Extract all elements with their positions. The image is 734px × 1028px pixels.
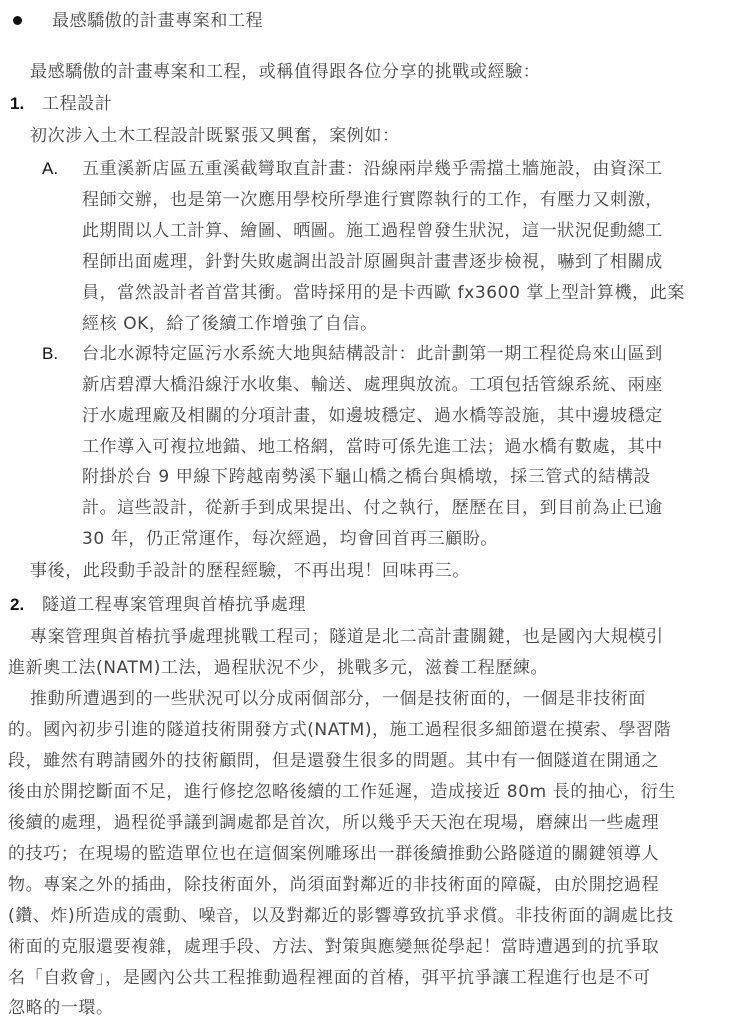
section-2-number: 2. (10, 594, 24, 616)
section-2-para1-line: 進新奧工法(NATM)工法，過程狀況不少，挑戰多元，滋養工程歷練。 (8, 657, 548, 679)
item-a-marker: A. (42, 158, 58, 180)
intro-text: 最感驕傲的計畫專案和工程，或稱值得跟各位分享的挑戰或經驗： (30, 61, 540, 83)
item-a-line: 五重溪新店區五重溪截彎取直計畫：沿線兩岸幾乎需擋土牆施設，由資深工 (82, 158, 663, 180)
section-1-title: 工程設計 (42, 93, 112, 115)
bullet-icon (13, 16, 22, 25)
item-b-line: 30 年，仍正常運作，每次經過，均會回首再三顧盼。 (82, 528, 498, 550)
item-a-line: 程師交辦，也是第一次應用學校所學進行實際執行的工作，有壓力又刺激， (82, 189, 663, 211)
item-b-line: 附掛於台 9 甲線下跨越南勢溪下龜山橋之橋台與橋墩，採三管式的結構設 (82, 466, 651, 488)
item-a-line: 員，當然設計者首當其衝。當時採用的是卡西歐 fx3600 掌上型計算機，此案 (82, 282, 685, 304)
item-a-line: 經核 OK，給了後續工作增強了自信。 (82, 313, 378, 335)
item-b-line: 工作導入可複拉地錨、地工格網，當時可係先進工法；過水橋有數處，其中 (82, 436, 663, 458)
section-2-para2-line: 後續的處理，過程從爭議到調處都是首次，所以幾乎天天泡在現場，磨練出一些處理 (8, 812, 659, 834)
section-2-para1-line: 專案管理與首樁抗爭處理挑戰工程司；隧道是北二高計畫關鍵，也是國內大規模引 (30, 626, 664, 648)
section-2-title: 隧道工程專案管理與首椿抗爭處理 (42, 594, 306, 616)
page-heading: 最感驕傲的計畫專案和工程 (52, 10, 263, 32)
section-2-para2-line: 術面的克服還要複雜，處理手段、方法、對策與應變無從學起！當時遭遇到的抗爭取 (8, 936, 659, 958)
section-2-para2-line: (鑽、炸)所造成的震動、噪音，以及對鄰近的影響導致抗爭求償。非技術面的調處比技 (8, 905, 674, 927)
item-b-line: 汙水處理廠及相關的分項計畫，如邊坡穩定、過水橋等設施，其中邊坡穩定 (82, 405, 663, 427)
section-2-para2-line: 推動所遭遇到的一些狀況可以分成兩個部分，一個是技術面的，一個是非技術面 (30, 688, 646, 710)
item-a-line: 此期間以人工計算、繪圖、晒圖。施工過程曾發生狀況，這一狀況促動總工 (82, 220, 663, 242)
section-1-closing: 事後，此段動手設計的歷程經驗，不再出現！回味再三。 (30, 560, 470, 582)
item-b-marker: B. (42, 343, 58, 365)
item-b-line: 台北水源特定區污水系統大地與結構設計：此計劃第一期工程從烏來山區到 (82, 343, 663, 365)
section-2-para2-line: 的。國內初步引進的隧道技術開發方式(NATM)，施工過程很多細節還在摸索、學習階 (8, 719, 671, 741)
section-2-para2-line: 忽略的一環。 (8, 997, 114, 1019)
section-2-para2-line: 物。專案之外的插曲，除技術面外，尚須面對鄰近的非技術面的障礙，由於開挖過程 (8, 874, 659, 896)
item-b-line: 計。這些設計，從新手到成果提出、付之執行，歷歷在目，到目前為止已逾 (82, 497, 663, 519)
section-2-para2-line: 名「自救會」，是國內公共工程推動過程裡面的首椿，弭平抗爭讓工程進行也是不可 (8, 967, 651, 989)
section-2-para2-line: 段，雖然有聘請國外的技術顧問，但是還發生很多的問題。其中有一個隧道在開通之 (8, 750, 659, 772)
item-a-line: 程師出面處理，針對失敗處調出設計原圖與計畫書逐步檢視，嚇到了相關成 (82, 251, 663, 273)
item-b-line: 新店碧潭大橋沿線汙水收集、輸送、處理與放流。工項包括管線系統、兩座 (82, 374, 663, 396)
section-2-para2-line: 後由於開挖斷面不足，進行修挖忽略後續的工作延遲，造成接近 80m 長的抽心，衍生 (8, 781, 676, 803)
section-2-para2-line: 的技巧；在現場的監造單位也在這個案例雕琢出一群後續推動公路隧道的關鍵領導人 (8, 843, 659, 865)
section-1-number: 1. (10, 93, 24, 115)
section-1-lead: 初次涉入土木工程設計既緊張又興奮，案例如： (30, 125, 400, 147)
